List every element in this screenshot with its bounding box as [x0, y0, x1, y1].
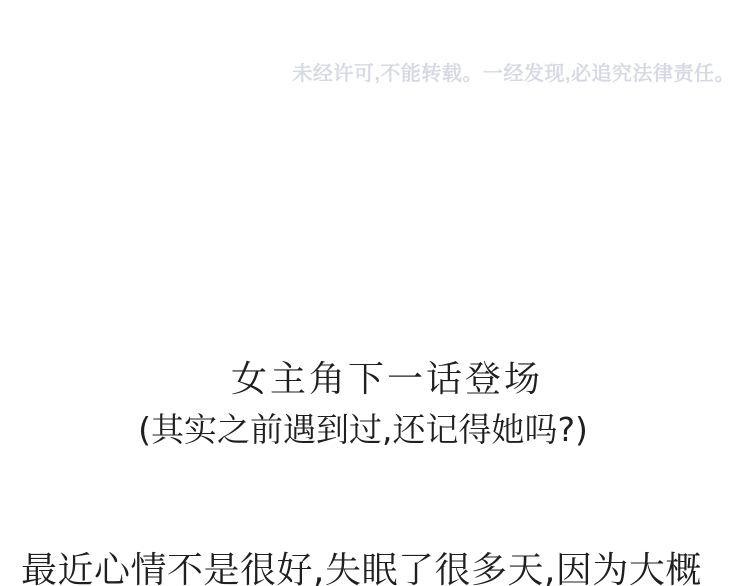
author-note: 最近心情不是很好,失眠了很多天,因为大概: [21, 549, 702, 586]
announcement-line-2: (其实之前遇到过,还记得她吗?): [0, 405, 738, 455]
announcement-line-1: 女主角下一话登场: [12, 355, 750, 405]
copyright-notice: 未经许可,不能转载。一经发现,必追究法律责任。: [292, 57, 735, 86]
announcement-block: 女主角下一话登场 (其实之前遇到过,还记得她吗?): [0, 355, 750, 455]
comic-page: 未经许可,不能转载。一经发现,必追究法律责任。 女主角下一话登场 (其实之前遇到…: [0, 0, 750, 586]
